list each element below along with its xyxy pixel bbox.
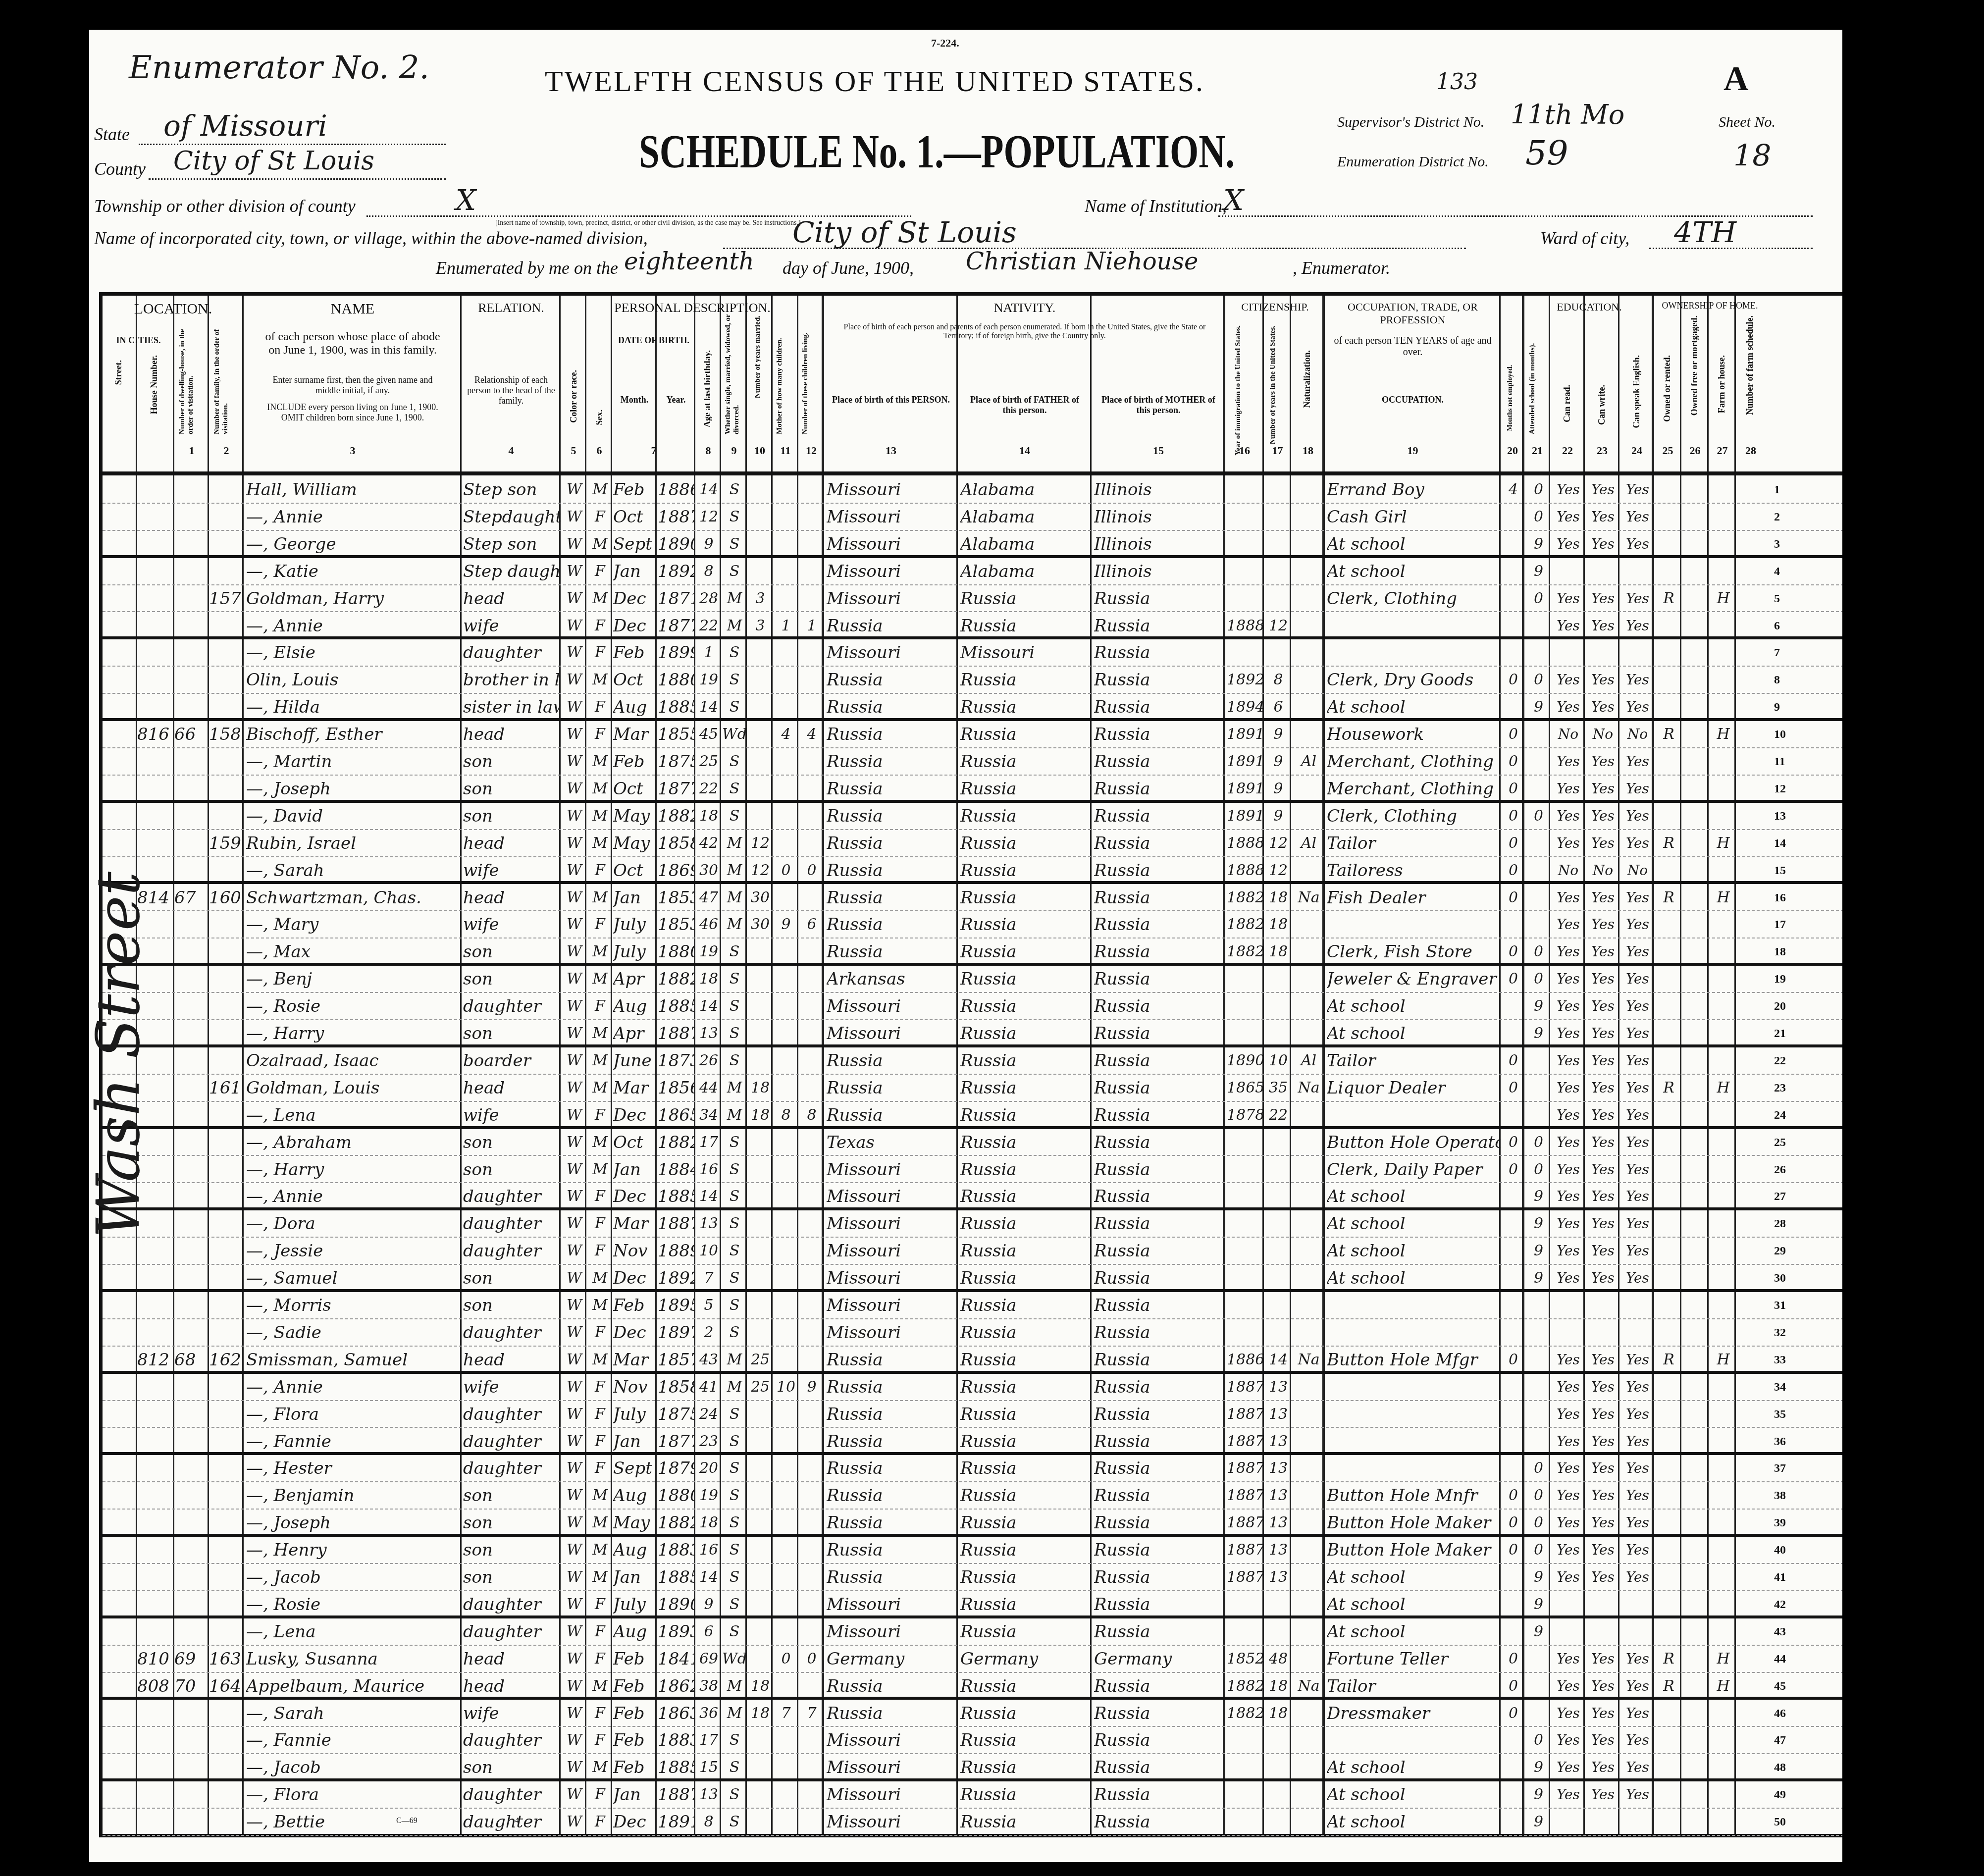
cell-yus: [1265, 1618, 1291, 1645]
cell-mar: M: [722, 1075, 747, 1101]
cell-own: [1656, 1428, 1681, 1453]
cell-fm: [1683, 776, 1709, 800]
cell-dw: 70: [174, 1673, 209, 1697]
cell-read: Yes: [1552, 1646, 1585, 1672]
cell-sch: 9: [1527, 1809, 1550, 1835]
cell-color: W: [562, 993, 586, 1019]
cell-occ: [1327, 639, 1501, 666]
cell-pobm: Russia: [1094, 1809, 1225, 1835]
cell-pobf: Russia: [960, 1781, 1092, 1808]
cell-yus: 9: [1265, 776, 1291, 800]
header-pob-mother: Place of birth of MOTHER of this person.: [1096, 395, 1220, 416]
cell-read: Yes: [1552, 1482, 1585, 1509]
cell-age: 41: [696, 1374, 721, 1400]
cell-pobf: Russia: [960, 721, 1092, 747]
cell-sex: F: [588, 1238, 612, 1264]
census-row: —, MorrissonWMFeb18955SMissouriRussiaRus…: [103, 1292, 1893, 1319]
cell-mar: M: [722, 1374, 747, 1400]
cell-pobf: Alabama: [960, 531, 1092, 555]
cell-color: W: [562, 1673, 586, 1697]
cell-sex: F: [588, 613, 612, 637]
cell-month: Dec: [613, 585, 657, 612]
cell-cl: [799, 1727, 824, 1753]
cell-fm: [1683, 1075, 1709, 1101]
cell-dw: [174, 531, 209, 555]
line-number: 22: [1774, 1054, 1786, 1068]
cell-moc: 0: [774, 857, 798, 882]
cell-write: [1586, 639, 1619, 666]
cell-age: 13: [696, 1210, 721, 1237]
cell-imm: 1886: [1227, 1347, 1264, 1371]
cell-rel: daughter: [463, 1727, 561, 1753]
cell-read: Yes: [1552, 694, 1585, 718]
cell-fam: [209, 1700, 244, 1726]
cell-ym: [748, 1319, 773, 1346]
header-month: Month.: [612, 395, 657, 405]
cell-mu: [1502, 639, 1524, 666]
cell-sch: 0: [1527, 1482, 1550, 1509]
cell-yus: 10: [1265, 1047, 1291, 1074]
cell-fm: [1683, 966, 1709, 992]
line-number: 47: [1774, 1734, 1786, 1747]
cell-rel: daughter: [463, 993, 561, 1019]
cell-year: 1885: [658, 1564, 695, 1590]
cell-pobf: Russia: [960, 1428, 1092, 1453]
header-marital: Whether single, married, widowed, or div…: [724, 311, 741, 434]
cell-name: Smissman, Samuel: [246, 1347, 462, 1371]
line-number: 13: [1774, 810, 1786, 823]
cell-house: [137, 1510, 174, 1534]
cell-mu: 0: [1502, 938, 1524, 963]
cell-own: [1656, 1455, 1681, 1481]
cell-fh: [1711, 558, 1736, 584]
cell-fm: [1683, 830, 1709, 856]
cell-sch: 9: [1527, 531, 1550, 555]
line-number: 34: [1774, 1381, 1786, 1394]
cell-eng: Yes: [1621, 993, 1654, 1019]
cell-house: [137, 1591, 174, 1615]
cell-dw: [174, 1727, 209, 1753]
cell-pobm: Russia: [1094, 1047, 1225, 1074]
cell-color: W: [562, 1020, 586, 1044]
cell-yus: 13: [1265, 1455, 1291, 1481]
cell-color: W: [562, 1075, 586, 1101]
cell-dw: [174, 1374, 209, 1400]
enumerated-prefix: Enumerated by me on the: [436, 258, 618, 278]
cell-read: [1552, 1319, 1585, 1346]
header-dwelling: Number of dwelling-house, in the order o…: [178, 315, 195, 434]
cell-fh: [1711, 1564, 1736, 1590]
cell-cl: [799, 1210, 824, 1237]
cell-pobm: Russia: [1094, 1537, 1225, 1563]
cell-sch: 9: [1527, 1020, 1550, 1044]
cell-eng: Yes: [1621, 1020, 1654, 1044]
cell-mu: [1502, 911, 1524, 938]
cell-moc: [774, 1673, 798, 1697]
cell-color: W: [562, 1319, 586, 1346]
cell-occ: Cash Girl: [1327, 504, 1501, 530]
cell-age: 22: [696, 613, 721, 637]
line-number: 26: [1774, 1163, 1786, 1177]
cell-moc: [774, 938, 798, 963]
cell-age: 9: [696, 531, 721, 555]
colnum-10: 10: [747, 444, 773, 457]
cell-month: Feb: [613, 639, 657, 666]
cell-imm: [1227, 476, 1264, 503]
cell-house: [137, 1265, 174, 1289]
census-title: TWELFTH CENSUS OF THE UNITED STATES.: [545, 64, 1204, 99]
cell-house: 812: [137, 1347, 174, 1371]
cell-read: Yes: [1552, 1428, 1585, 1453]
cell-eng: Yes: [1621, 911, 1654, 938]
cell-own: [1656, 1047, 1681, 1074]
cell-own: [1656, 1482, 1681, 1509]
cell-eng: Yes: [1621, 1047, 1654, 1074]
colnum-26: 26: [1681, 444, 1709, 457]
cell-mar: S: [722, 1754, 747, 1778]
cell-own: R: [1656, 585, 1681, 612]
line-number: 2: [1774, 511, 1780, 524]
cell-pob: Russia: [827, 1537, 958, 1563]
cell-house: [137, 667, 174, 693]
cell-read: Yes: [1552, 938, 1585, 963]
cell-mar: S: [722, 748, 747, 775]
cell-pob: Missouri: [827, 1156, 958, 1183]
cell-cl: [799, 558, 824, 584]
cell-fh: [1711, 1129, 1736, 1155]
cell-street: [103, 1673, 137, 1697]
cell-street: [103, 1618, 137, 1645]
cell-write: Yes: [1586, 993, 1619, 1019]
cell-mar: S: [722, 1265, 747, 1289]
cell-sex: M: [588, 776, 612, 800]
cell-fm: [1683, 803, 1709, 829]
county-label: County: [94, 158, 146, 179]
cell-write: Yes: [1586, 830, 1619, 856]
cell-month: Apr: [613, 966, 657, 992]
cell-pobf: Russia: [960, 1673, 1092, 1697]
cell-eng: Yes: [1621, 885, 1654, 911]
cell-eng: Yes: [1621, 1537, 1654, 1563]
cell-fh: [1711, 1727, 1736, 1753]
cell-mu: 0: [1502, 1075, 1524, 1101]
cell-mu: [1502, 1102, 1524, 1126]
cell-mu: [1502, 1265, 1524, 1289]
cell-mar: S: [722, 694, 747, 718]
cell-ym: [748, 993, 773, 1019]
cell-fam: [209, 639, 244, 666]
line-number: 29: [1774, 1245, 1786, 1258]
line-number: 39: [1774, 1516, 1786, 1530]
cell-dw: [174, 748, 209, 775]
cell-write: Yes: [1586, 938, 1619, 963]
cell-street: [103, 585, 137, 612]
cell-mar: S: [722, 993, 747, 1019]
cell-age: 14: [696, 1564, 721, 1590]
cell-month: Mar: [613, 1210, 657, 1237]
census-row: —, HesterdaughterWFSept187920SRussiaRuss…: [103, 1455, 1893, 1482]
cell-yus: [1265, 558, 1291, 584]
cell-sex: M: [588, 748, 612, 775]
cell-fam: [209, 748, 244, 775]
cell-year: 1856: [658, 1075, 695, 1101]
cell-cl: [799, 1537, 824, 1563]
cell-pobm: Russia: [1094, 639, 1225, 666]
header-occupation: OCCUPATION.: [1330, 395, 1496, 405]
cell-mu: [1502, 1374, 1524, 1400]
cell-mu: 0: [1502, 776, 1524, 800]
cell-age: 36: [696, 1700, 721, 1726]
cell-cl: [799, 531, 824, 555]
cell-month: Feb: [613, 1673, 657, 1697]
cell-house: [137, 1781, 174, 1808]
cell-rel: head: [463, 585, 561, 612]
cell-cl: [799, 694, 824, 718]
cell-nat: [1293, 1102, 1325, 1126]
cell-sch: [1527, 830, 1550, 856]
cell-color: W: [562, 1292, 586, 1318]
cell-pobm: Russia: [1094, 1319, 1225, 1346]
cell-street: [103, 803, 137, 829]
cell-month: Oct: [613, 504, 657, 530]
cell-sex: M: [588, 476, 612, 503]
cell-cl: 0: [799, 1646, 824, 1672]
cell-rel: Step daughter: [463, 558, 561, 584]
cell-moc: [774, 1809, 798, 1835]
cell-dw: [174, 1292, 209, 1318]
cell-name: —, George: [246, 531, 462, 555]
cell-sex: M: [588, 1047, 612, 1074]
cell-age: 7: [696, 1265, 721, 1289]
cell-occ: Dressmaker: [1327, 1700, 1501, 1726]
cell-month: Aug: [613, 694, 657, 718]
cell-cl: [799, 504, 824, 530]
cell-pobm: Russia: [1094, 1075, 1225, 1101]
cell-mu: [1502, 1591, 1524, 1615]
cell-nat: [1293, 585, 1325, 612]
enumerator-number-note: Enumerator No. 2.: [129, 50, 429, 86]
colnum-12: 12: [798, 444, 824, 457]
line-number: 49: [1774, 1788, 1786, 1802]
cell-year: 1873: [658, 1047, 695, 1074]
cell-sex: M: [588, 966, 612, 992]
cell-month: Oct: [613, 667, 657, 693]
header-sex: Sex.: [594, 410, 605, 425]
cell-eng: Yes: [1621, 1564, 1654, 1590]
cell-pob: Russia: [827, 885, 958, 911]
cell-pobf: Russia: [960, 1292, 1092, 1318]
cell-fm: [1683, 748, 1709, 775]
cell-own: [1656, 613, 1681, 637]
cell-age: 6: [696, 1618, 721, 1645]
cell-read: Yes: [1552, 1673, 1585, 1697]
cell-pobm: Russia: [1094, 1564, 1225, 1590]
cell-house: 810: [137, 1646, 174, 1672]
cell-ym: [748, 504, 773, 530]
cell-fam: [209, 1210, 244, 1237]
cell-year: 1853: [658, 885, 695, 911]
cell-fm: [1683, 1156, 1709, 1183]
cell-rel: daughter: [463, 1401, 561, 1427]
cell-nat: [1293, 476, 1325, 503]
cell-imm: [1227, 558, 1264, 584]
cell-sex: M: [588, 1292, 612, 1318]
cell-street: [103, 1591, 137, 1615]
census-row: —, GeorgeStep sonWMSept18909SMissouriAla…: [103, 531, 1893, 558]
cell-yus: [1265, 1156, 1291, 1183]
cell-mar: S: [722, 803, 747, 829]
cell-write: Yes: [1586, 585, 1619, 612]
cell-house: 808: [137, 1673, 174, 1697]
cell-fh: [1711, 1537, 1736, 1563]
cell-occ: At school: [1327, 1183, 1501, 1207]
cell-pobf: Russia: [960, 830, 1092, 856]
cell-name: —, Rosie: [246, 993, 462, 1019]
cell-rel: daughter: [463, 1781, 561, 1808]
cell-mar: S: [722, 504, 747, 530]
cell-sex: F: [588, 558, 612, 584]
cell-rel: son: [463, 1482, 561, 1509]
cell-mu: 0: [1502, 1047, 1524, 1074]
cell-sch: 0: [1527, 1510, 1550, 1534]
group-education: EDUCATION.: [1524, 301, 1654, 313]
cell-sch: 9: [1527, 694, 1550, 718]
cell-moc: [774, 1428, 798, 1453]
line-number: 18: [1774, 945, 1786, 959]
cell-write: Yes: [1586, 1238, 1619, 1264]
cell-color: W: [562, 694, 586, 718]
cell-sch: 0: [1527, 667, 1550, 693]
cell-pobm: Illinois: [1094, 531, 1225, 555]
cell-read: Yes: [1552, 1700, 1585, 1726]
cell-own: R: [1656, 1347, 1681, 1371]
cell-house: [137, 830, 174, 856]
cell-rel: head: [463, 1075, 561, 1101]
cell-ym: [748, 1510, 773, 1534]
cell-color: W: [562, 1401, 586, 1427]
cell-ym: [748, 1020, 773, 1044]
cell-yus: 9: [1265, 748, 1291, 775]
cell-year: 1875: [658, 1401, 695, 1427]
cell-pobm: Russia: [1094, 1183, 1225, 1207]
cell-occ: At school: [1327, 1564, 1501, 1590]
cell-rel: wife: [463, 1700, 561, 1726]
census-row: 161Goldman, LouisheadWMMar185644M18Russi…: [103, 1075, 1893, 1102]
cell-rel: head: [463, 830, 561, 856]
city-value: City of St Louis: [792, 215, 1017, 249]
cell-rel: son: [463, 1265, 561, 1289]
cell-write: Yes: [1586, 1210, 1619, 1237]
cell-rel: daughter: [463, 1183, 561, 1207]
cell-rel: son: [463, 1754, 561, 1778]
cell-imm: 1882: [1227, 885, 1264, 911]
cell-nat: [1293, 1537, 1325, 1563]
cell-fh: H: [1711, 1646, 1736, 1672]
cell-sch: 0: [1527, 1156, 1550, 1183]
cell-yus: [1265, 1591, 1291, 1615]
cell-nat: Na: [1293, 1673, 1325, 1697]
cell-age: 14: [696, 1183, 721, 1207]
cell-dw: [174, 993, 209, 1019]
cell-mar: S: [722, 938, 747, 963]
cell-street: [103, 776, 137, 800]
cell-age: 17: [696, 1129, 721, 1155]
cell-rel: daughter: [463, 1455, 561, 1481]
cell-cl: [799, 667, 824, 693]
cell-occ: Tailor: [1327, 830, 1501, 856]
cell-pobf: Russia: [960, 1210, 1092, 1237]
cell-fam: [209, 1156, 244, 1183]
cell-occ: Liquor Dealer: [1327, 1075, 1501, 1101]
cell-pobf: Russia: [960, 1020, 1092, 1044]
cell-yus: 12: [1265, 857, 1291, 882]
cell-rel: daughter: [463, 1809, 561, 1835]
cell-house: [137, 803, 174, 829]
cell-dw: [174, 639, 209, 666]
cell-sch: 9: [1527, 1781, 1550, 1808]
cell-yus: 18: [1265, 1700, 1291, 1726]
line-number: 31: [1774, 1299, 1786, 1312]
cell-color: W: [562, 613, 586, 637]
cell-fh: [1711, 667, 1736, 693]
cell-color: W: [562, 1265, 586, 1289]
cell-eng: Yes: [1621, 1781, 1654, 1808]
scan-border: [1842, 0, 1984, 1876]
cell-occ: Fortune Teller: [1327, 1646, 1501, 1672]
cell-name: Lusky, Susanna: [246, 1646, 462, 1672]
cell-fh: H: [1711, 1075, 1736, 1101]
cell-eng: Yes: [1621, 1700, 1654, 1726]
line-number: 32: [1774, 1326, 1786, 1340]
cell-house: [137, 776, 174, 800]
cell-sch: [1527, 885, 1550, 911]
cell-month: Feb: [613, 748, 657, 775]
cell-moc: [774, 1401, 798, 1427]
census-row: Olin, Louisbrother in lawWMOct188019SRus…: [103, 667, 1893, 694]
cell-fam: 162: [209, 1347, 244, 1371]
cell-name: —, Benjamin: [246, 1482, 462, 1509]
cell-moc: [774, 1319, 798, 1346]
cell-mar: S: [722, 1401, 747, 1427]
cell-eng: Yes: [1621, 504, 1654, 530]
cell-write: Yes: [1586, 1781, 1619, 1808]
cell-write: [1586, 1809, 1619, 1835]
cell-street: [103, 1727, 137, 1753]
cell-occ: Clerk, Clothing: [1327, 585, 1501, 612]
census-row: —, JessiedaughterWFNov188910SMissouriRus…: [103, 1238, 1893, 1265]
cell-year: 1885: [658, 1754, 695, 1778]
cell-dw: [174, 1537, 209, 1563]
cell-cl: [799, 1510, 824, 1534]
line-number: 27: [1774, 1190, 1786, 1203]
township-label: Township or other division of county: [94, 196, 356, 216]
cell-ym: [748, 531, 773, 555]
cell-cl: 6: [799, 911, 824, 938]
cell-nat: [1293, 721, 1325, 747]
cell-fh: [1711, 911, 1736, 938]
cell-rel: son: [463, 1156, 561, 1183]
cell-read: Yes: [1552, 1183, 1585, 1207]
census-row: —, LenadaughterWFAug18936SMissouriRussia…: [103, 1618, 1893, 1646]
cell-age: 42: [696, 830, 721, 856]
cell-name: —, Max: [246, 938, 462, 963]
cell-color: W: [562, 1781, 586, 1808]
header-free-mortgaged: Owned free or mortgaged.: [1689, 315, 1700, 416]
cell-mu: 0: [1502, 1510, 1524, 1534]
cell-read: No: [1552, 857, 1585, 882]
cell-mar: S: [722, 1455, 747, 1481]
cell-color: W: [562, 1618, 586, 1645]
